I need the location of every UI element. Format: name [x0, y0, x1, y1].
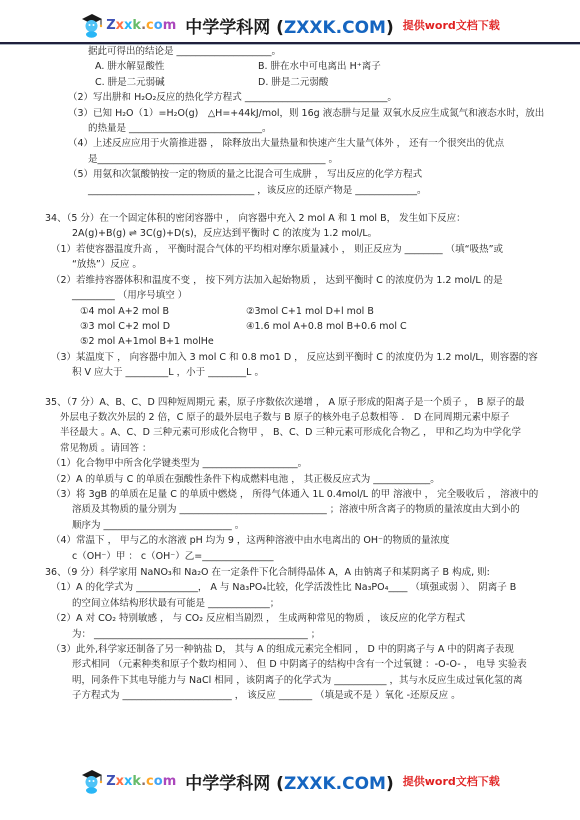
document-line: （1）若使容器温度升高 ， 平衡时混合气体的平均相对摩尔质量减小 ， 则正反应为…: [45, 242, 557, 257]
line-text: 为： _____________________________________…: [72, 629, 320, 640]
document-line: 2A(g)+B(g) ⇌ 3C(g)+D(s)，反应达到平衡时 C 的浓度为 1…: [45, 226, 557, 241]
document-line: （2）A 对 CO₂ 特别敏感 ， 与 CO₂ 反应相当剧烈 ， 生成两种常见的…: [45, 611, 557, 626]
line-text: _________ （用序号填空 ）: [72, 290, 187, 301]
document-line: 子方程式为 _______________________ ， 该反应 ____…: [45, 688, 557, 703]
document-line: （3）此外,科学家还制备了另一种钠盐 D， 其与 A 的组成元素完全相同 ， D…: [45, 642, 557, 657]
line-text: 36、（9 分）科学家用 NaNO₃和 Na₂O 在一定条件下化合制得晶体 A，…: [45, 567, 490, 578]
site-title: 中学学科网 (ZXXK.COM): [185, 13, 394, 38]
document-line: 是_______________________________________…: [45, 152, 557, 167]
document-body: 据此可得出的结论是 ____________________。A. 肼水解显酸性…: [45, 44, 557, 704]
logo-letter: k: [132, 774, 141, 789]
line-text: （5）用氨和次氯酸钠按一定的物质的量之比混合可生成肼 ， 写出反应的化学方程式: [68, 169, 422, 180]
line-text: （2）若维持容器体积和温度不变 ， 按下列方法加入起始物质 ， 达到平衡时 C …: [51, 275, 503, 286]
logo-letter: Z: [106, 774, 115, 789]
exam-document-page: Zxxk.com 中学学科网 (ZXXK.COM) 提供word文档下载 据此可…: [0, 0, 580, 820]
site-logo-footer: Zxxk.com: [80, 768, 176, 794]
document-line: ①4 mol A+2 mol B②3mol C+1 mol D+l mol B: [45, 304, 557, 319]
line-text: ③3 mol C+2 mol D: [80, 319, 246, 334]
line-text: ___________________________________ ，该反应…: [88, 185, 427, 196]
document-line: 的热量是 ____________________________。: [45, 121, 557, 136]
document-line: （3）将 3gB 的单质在足量 C 的单质中燃烧 ， 所得气体通入 1L 0.4…: [45, 487, 557, 502]
logo-letter: k: [132, 18, 141, 33]
document-line: 34、（5 分）在一个固定体积的密闭容器中 ， 向容器中充入 2 mol A 和…: [45, 211, 557, 226]
site-title-prefix: 中学学科网 (: [185, 18, 284, 38]
document-line: A. 肼水解显酸性B. 肼在水中可电离出 H⁺离子: [45, 59, 557, 74]
site-title-domain: ZXXK.COM: [284, 18, 386, 38]
graduate-mascot-icon: [80, 768, 104, 794]
document-line: 溶质及其物质的量分别为 ____________________________…: [45, 502, 557, 517]
line-text: 的空间立体结构形状最有可能是 _____________；: [72, 598, 279, 609]
site-title-domain: ZXXK.COM: [284, 774, 386, 794]
document-line: （3）某温度下 ， 向容器中加入 3 mol C 和 0.8 mo1 D ， 反…: [45, 350, 557, 365]
document-line: （4）常温下 ， 甲与乙的水溶液 pH 均为 9 ，这两种溶液中由水电离出的 O…: [45, 533, 557, 548]
download-tagline: 提供word文档下载: [403, 773, 500, 789]
site-logo: Zxxk.com: [80, 12, 176, 38]
line-text: （4）上述反应应用于火箭推进器 ， 除释放出大量热量和快速产生大量气体外 ， 还…: [68, 138, 504, 149]
line-text: 常见物质 。请回答 ：: [60, 443, 152, 454]
line-text: 半径最大 。A、C、D 三种元素可形成化合物甲 ， B、C、D 三种元素可形成化…: [60, 427, 521, 438]
site-title-prefix: 中学学科网 (: [185, 774, 284, 794]
line-text: 35、（7 分）A、B、C、D 四种短周期元 素，原子序数依次递增 ， A 原子…: [45, 397, 525, 408]
line-text: 子方程式为 _______________________ ， 该反应 ____…: [72, 690, 461, 701]
document-line: 常见物质 。请回答 ：: [45, 441, 557, 456]
document-line: （5）用氨和次氯酸钠按一定的物质的量之比混合可生成肼 ， 写出反应的化学方程式: [45, 167, 557, 182]
header: Zxxk.com 中学学科网 (ZXXK.COM) 提供word文档下载: [0, 12, 580, 38]
line-text: （3）此外,科学家还制备了另一种钠盐 D， 其与 A 的组成元素完全相同 ， D…: [51, 644, 514, 655]
logo-letter: o: [154, 18, 163, 33]
logo-letter: o: [154, 774, 163, 789]
site-title-suffix: ): [386, 774, 394, 794]
line-text: 形式相同 （元素种类和原子个数均相同 ）、 但 D 中阴离子的结构中含有一个过氧…: [72, 659, 527, 670]
line-text: 明，同条件下其电导能力与 NaCl 相同 ，该阴离子的化学式为 ________…: [72, 675, 523, 686]
line-text: C. 肼是二元弱碱: [95, 75, 258, 90]
document-line: 顺序为 ___________________________ 。: [45, 518, 557, 533]
site-title-footer: 中学学科网 (ZXXK.COM): [185, 769, 394, 794]
line-text: （3）将 3gB 的单质在足量 C 的单质中燃烧 ， 所得气体通入 1L 0.4…: [51, 489, 538, 500]
line-text: 是_______________________________________…: [88, 154, 338, 165]
document-line: c（OH⁻）甲 ： c（OH⁻）乙=_______________: [45, 549, 557, 564]
line-text: ⑤2 mol A+1mol B+1 molHe: [80, 336, 214, 347]
document-line: _________ （用序号填空 ）: [45, 288, 557, 303]
line-text: （2）A 对 CO₂ 特别敏感 ， 与 CO₂ 反应相当剧烈 ， 生成两种常见的…: [51, 613, 465, 624]
line-text: （3）已知 H₂O（1）=H₂O(g) △H=+44kJ/mol，则 16g 液…: [68, 108, 544, 119]
line-text: c（OH⁻）甲 ： c（OH⁻）乙=_______________: [72, 551, 273, 562]
footer: Zxxk.com 中学学科网 (ZXXK.COM) 提供word文档下载: [0, 768, 580, 794]
document-line: 36、（9 分）科学家用 NaNO₃和 Na₂O 在一定条件下化合制得晶体 A，…: [45, 565, 557, 580]
line-text-col2: ②3mol C+1 mol D+l mol B: [246, 306, 374, 317]
document-line: ___________________________________ ，该反应…: [45, 183, 557, 198]
line-text: 2A(g)+B(g) ⇌ 3C(g)+D(s)，反应达到平衡时 C 的浓度为 1…: [72, 228, 377, 239]
line-text: A. 肼水解显酸性: [95, 59, 258, 74]
logo-wordmark: Zxxk.com: [106, 774, 176, 789]
document-line: ⑤2 mol A+1mol B+1 molHe: [45, 334, 557, 349]
document-line: （3）已知 H₂O（1）=H₂O(g) △H=+44kJ/mol，则 16g 液…: [45, 106, 557, 121]
document-line: 35、（7 分）A、B、C、D 四种短周期元 素，原子序数依次递增 ， A 原子…: [45, 395, 557, 410]
document-line: ③3 mol C+2 mol D④1.6 mol A+0.8 mol B+0.6…: [45, 319, 557, 334]
document-line: 形式相同 （元素种类和原子个数均相同 ）、 但 D 中阴离子的结构中含有一个过氧…: [45, 657, 557, 672]
document-line: 为： _____________________________________…: [45, 627, 557, 642]
line-text: ①4 mol A+2 mol B: [80, 304, 246, 319]
graduate-mascot-icon: [80, 12, 104, 38]
line-text: （2）写出肼和 H₂O₂反应的热化学方程式 __________________…: [68, 92, 397, 103]
document-line: C. 肼是二元弱碱D. 肼是二元弱酸: [45, 75, 557, 90]
download-tagline: 提供word文档下载: [403, 17, 500, 33]
logo-letter: x: [116, 18, 124, 33]
line-text: 的热量是 ____________________________。: [88, 123, 272, 134]
line-text-col2: ④1.6 mol A+0.8 mol B+0.6 mol C: [246, 321, 407, 332]
document-line: （2）若维持容器体积和温度不变 ， 按下列方法加入起始物质 ， 达到平衡时 C …: [45, 273, 557, 288]
logo-wordmark: Zxxk.com: [106, 18, 176, 33]
line-text: 溶质及其物质的量分别为 ____________________________…: [72, 504, 520, 515]
line-text-col2: B. 肼在水中可电离出 H⁺离子: [258, 61, 381, 72]
document-line: “放热”）反应 。: [45, 257, 557, 272]
document-line: 半径最大 。A、C、D 三种元素可形成化合物甲 ， B、C、D 三种元素可形成化…: [45, 425, 557, 440]
document-line: 积 V 应大于 _________L ，小于 ________L 。: [45, 365, 557, 380]
site-title-suffix: ): [386, 18, 394, 38]
line-text: （1）化合物甲中所含化学键类型为 ____________________。: [51, 458, 307, 469]
document-line: （4）上述反应应用于火箭推进器 ， 除释放出大量热量和快速产生大量气体外 ， 还…: [45, 136, 557, 151]
line-text-col2: D. 肼是二元弱酸: [258, 77, 328, 88]
document-line: （1）化合物甲中所含化学键类型为 ____________________。: [45, 456, 557, 471]
document-line: 的空间立体结构形状最有可能是 _____________；: [45, 596, 557, 611]
line-text: 顺序为 ___________________________ 。: [72, 520, 244, 531]
line-text: （2）A 的单质与 C 的单质在强酸性条件下构成燃料电池 ， 其正极反应式为 _…: [51, 474, 440, 485]
line-text: “放热”）反应 。: [72, 259, 142, 270]
logo-letter: m: [163, 18, 177, 33]
logo-letter: Z: [106, 18, 115, 33]
line-text: 34、（5 分）在一个固定体积的密闭容器中 ， 向容器中充入 2 mol A 和…: [45, 213, 466, 224]
logo-letter: m: [163, 774, 177, 789]
logo-letter: x: [116, 774, 124, 789]
logo-letter: c: [146, 774, 154, 789]
line-text: （1）若使容器温度升高 ， 平衡时混合气体的平均相对摩尔质量减小 ， 则正反应为…: [51, 244, 503, 255]
document-line: （2）A 的单质与 C 的单质在强酸性条件下构成燃料电池 ， 其正极反应式为 _…: [45, 472, 557, 487]
line-text: 积 V 应大于 _________L ，小于 ________L 。: [72, 367, 264, 378]
line-text: （4）常温下 ， 甲与乙的水溶液 pH 均为 9 ，这两种溶液中由水电离出的 O…: [51, 535, 450, 546]
line-text: 据此可得出的结论是 ____________________。: [88, 46, 281, 57]
line-text: 外层电子数次外层的 2 倍，C 原子的最外层电子数与 B 原子的核外电子总数相等…: [60, 412, 510, 423]
document-line: 外层电子数次外层的 2 倍，C 原子的最外层电子数与 B 原子的核外电子总数相等…: [45, 410, 557, 425]
document-line: 明，同条件下其电导能力与 NaCl 相同 ，该阴离子的化学式为 ________…: [45, 673, 557, 688]
document-line: 据此可得出的结论是 ____________________。: [45, 44, 557, 59]
document-line: （2）写出肼和 H₂O₂反应的热化学方程式 __________________…: [45, 90, 557, 105]
logo-letter: c: [146, 18, 154, 33]
document-line: （1）A 的化学式为 _____________， A 与 Na₃PO₄比较，化…: [45, 580, 557, 595]
line-text: （1）A 的化学式为 _____________， A 与 Na₃PO₄比较，化…: [51, 582, 516, 593]
line-text: （3）某温度下 ， 向容器中加入 3 mol C 和 0.8 mo1 D ， 反…: [51, 352, 538, 363]
